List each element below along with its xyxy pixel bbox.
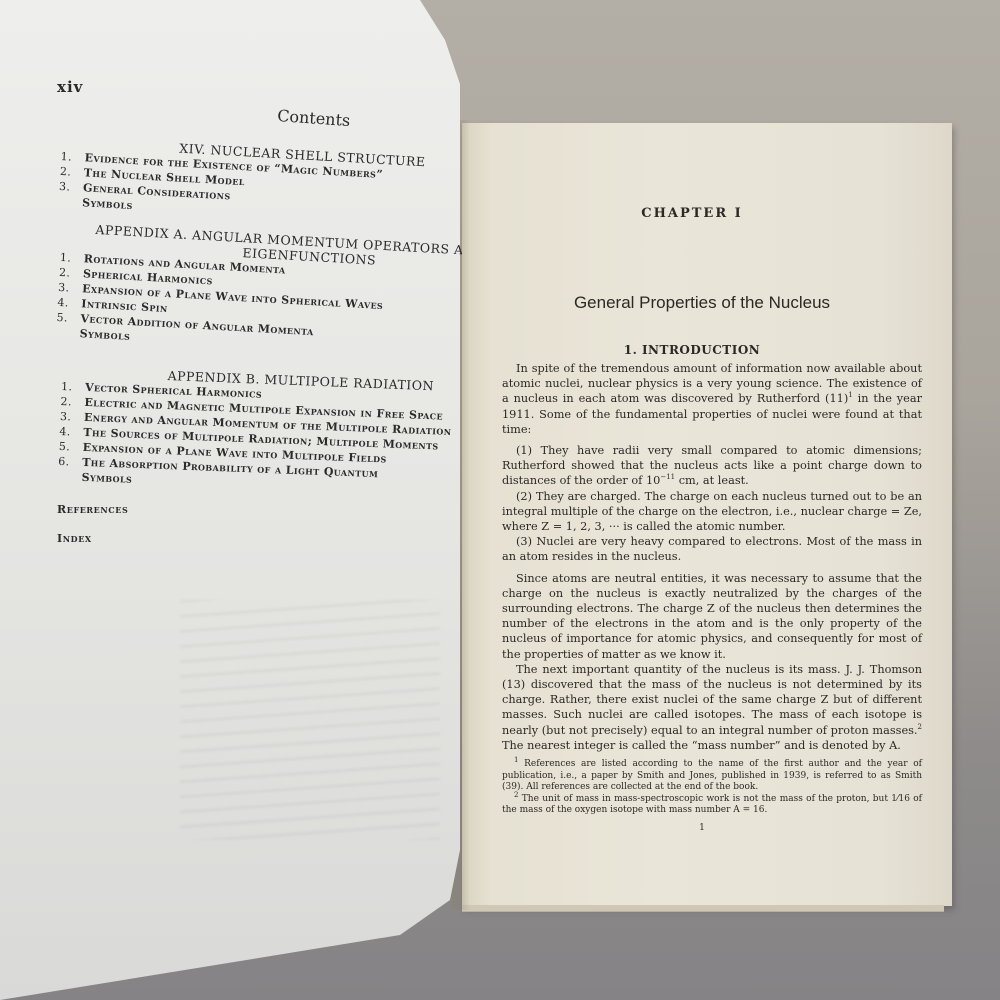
footnote-1: 1 References are listed according to the… — [502, 759, 922, 794]
paragraph-mass: The next important quantity of the nucle… — [502, 662, 922, 753]
page-number: 1 — [462, 823, 942, 833]
contents-header: Contents — [277, 106, 351, 130]
page-number-roman: xiv — [57, 78, 83, 96]
paragraph-intro: In spite of the tremendous amount of inf… — [502, 361, 922, 437]
toc-references[interactable]: References — [57, 503, 128, 516]
right-page: CHAPTER I General Properties of the Nucl… — [462, 123, 952, 906]
footnotes: 1 References are listed according to the… — [502, 759, 922, 817]
list-item-charged: (2) They are charged. The charge on each… — [502, 489, 922, 535]
chapter-title: General Properties of the Nucleus — [492, 293, 912, 313]
left-page: xiv Contents XIV. NUCLEAR SHELL STRUCTUR… — [0, 0, 460, 1000]
list-item-radii: (1) They have radii very small compared … — [502, 443, 922, 489]
show-through-text — [180, 600, 440, 840]
toc-chapter-xiv: XIV. NUCLEAR SHELL STRUCTURE 1.Evidence … — [58, 134, 426, 229]
footnote-2: 2 The unit of mass in mass-spectroscopic… — [502, 794, 922, 817]
toc-appendix-a: APPENDIX A. ANGULAR MOMENTUM OPERATORS A… — [55, 220, 486, 364]
paragraph-neutral: Since atoms are neutral entities, it was… — [502, 571, 922, 662]
toc-index[interactable]: Index — [57, 532, 92, 545]
list-item-heavy: (3) Nuclei are very heavy compared to el… — [502, 534, 922, 564]
chapter-label: CHAPTER I — [462, 206, 922, 221]
body-text: In spite of the tremendous amount of inf… — [502, 361, 922, 759]
toc-appendix-b: APPENDIX B. MULTIPOLE RADIATION 1.Vector… — [57, 364, 453, 499]
section-heading: 1. INTRODUCTION — [462, 343, 922, 357]
